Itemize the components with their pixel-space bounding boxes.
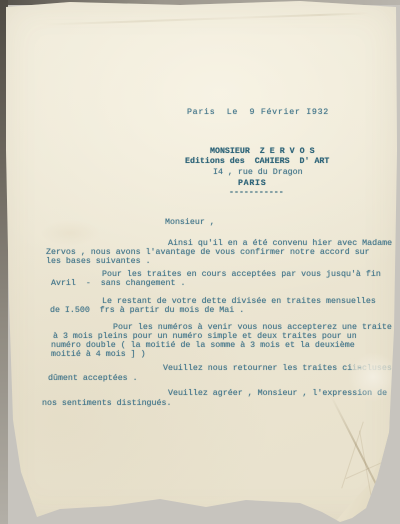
body-line: Ainsi qu'il en a été convenu hier avec M… (168, 239, 392, 248)
body-line: Zervos , nous avons l'avantage de vous c… (46, 248, 370, 257)
recipient-street: I4 , rue du Dragon (213, 168, 303, 177)
body-line: moitié à 4 mois ] ) (51, 350, 146, 359)
body-line: Veuillez nous retourner les traites ci - (163, 364, 362, 373)
recipient-company: Editions des CAHIERS D' ART (185, 157, 329, 166)
body-line: numéro double ( la moitié de la somme à … (51, 341, 355, 350)
closing-line: nos sentiments distingués. (42, 399, 171, 408)
body-line: les bases suivantes . (46, 257, 151, 266)
body-line: de I.500 frs à partir du mois de Mai . (50, 306, 244, 315)
paper-worn-patch (348, 352, 398, 402)
body-line: Le restant de votre dette divisée en tra… (102, 297, 376, 306)
letter-paper: Paris Le 9 Février I932 MONSIEUR Z E R V… (0, 0, 400, 524)
recipient-city: PARIS (238, 179, 266, 188)
paper-stain (40, 220, 100, 246)
paper-crease (40, 12, 370, 26)
scanned-letter-page: { "page": { "background_color": "#c7c4be… (0, 0, 400, 524)
body-line: Pour les numéros à venir vous nous accep… (113, 323, 392, 332)
recipient-name: MONSIEUR Z E R V O S (210, 147, 315, 156)
body-line: Avril - sans changement . (51, 279, 185, 288)
body-line: dûment acceptées . (48, 374, 138, 383)
body-line: Pour les traites en cours acceptées par … (102, 270, 381, 279)
recipient-underline: ----------- (229, 188, 284, 197)
salutation: Monsieur , (165, 218, 215, 227)
date-line: Paris Le 9 Février I932 (187, 108, 329, 117)
body-line: à 3 mois pleins pour un numéro simple et… (53, 332, 357, 341)
